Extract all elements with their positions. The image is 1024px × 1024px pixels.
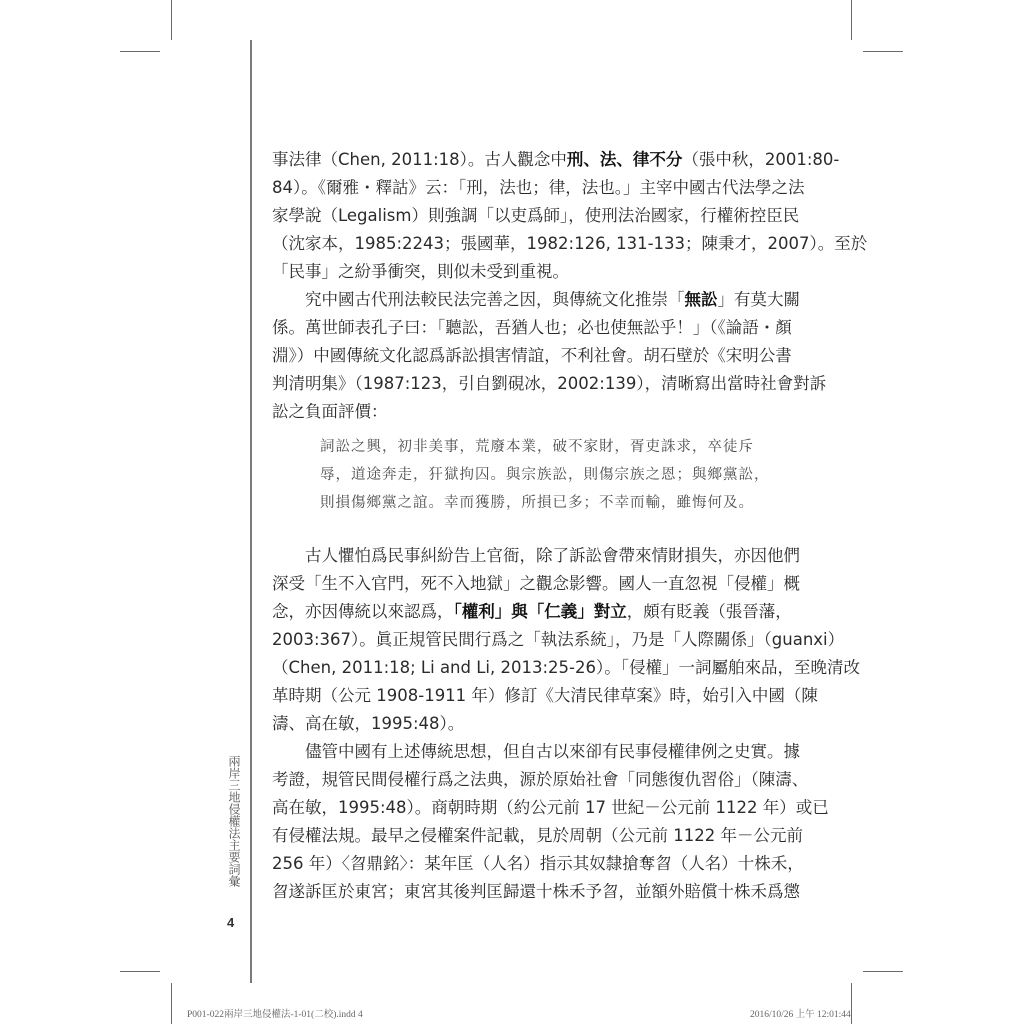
text-segment: 「民事」之紛爭衝突，則似未受到重視。 [272,262,569,281]
crop-mark-bottom-right-horizontal [863,971,903,972]
page-number: 4 [227,915,234,930]
text-line: 家學說（Legalism）則強調「以吏爲師」，使刑法治國家，行權術控臣民 [272,202,756,230]
page-spine-line [250,40,252,983]
text-line: 深受「生不入官門，死不入地獄」之觀念影響。國人一直忽視「侵權」概 [272,570,756,598]
quote-line: 則損傷鄉黨之誼。幸而獲勝，所損已多；不幸而輸，雖悔何及。 [320,489,752,517]
crop-mark-top-right-vertical [851,0,852,40]
text-segment: 濤、高在敏，1995:48）。 [272,714,464,733]
text-segment: 高在敏，1995:48）。商朝時期（約公元前 17 世紀－公元前 1122 年）… [272,798,829,817]
text-segment: 256 年）〈曶鼎銘〉：某年匡（人名）指示其奴隸搶奪曶（人名）十株禾， [272,854,804,873]
quote-line: 辱，道途奔走，犴獄拘囚。與宗族訟，則傷宗族之恩；與鄉黨訟， [320,461,752,489]
body-text-lower: 古人懼怕爲民事糾紛告上官衙，除了訴訟會帶來情財損失，亦因他們深受「生不入官門，死… [272,542,756,906]
bold-emphasis: 無訟 [685,290,718,309]
crop-mark-bottom-left-vertical [171,983,172,1024]
crop-mark-top-left-horizontal [120,51,160,52]
crop-mark-top-left-vertical [171,0,172,40]
text-segment: 係。萬世師表孔子曰：「聽訟，吾猶人也；必也使無訟乎！」（《論語・顏 [272,318,792,337]
text-line: 古人懼怕爲民事糾紛告上官衙，除了訴訟會帶來情財損失，亦因他們 [272,542,756,570]
text-line: 訟之負面評價： [272,398,756,426]
text-segment: 事法律（Chen, 2011:18）。古人觀念中 [272,150,567,169]
slug-datetime: 2016/10/26 上午 12:01:44 [750,1006,851,1020]
text-line: （沈家本，1985:2243；張國華，1982:126, 131-133；陳秉才… [272,230,756,258]
text-line: 2003:367）。眞正規管民間行爲之「執法系統」，乃是「人際關係」（guanx… [272,626,756,654]
text-segment: 訟之負面評價： [272,402,388,421]
text-segment: 古人懼怕爲民事糾紛告上官衙，除了訴訟會帶來情財損失，亦因他們 [305,546,800,565]
quote-line: 詞訟之興，初非美事，荒廢本業，破不家財，胥吏誅求，卒徒斥 [320,433,752,461]
text-segment: 」有莫大關 [718,290,801,309]
block-quote: 詞訟之興，初非美事，荒廢本業，破不家財，胥吏誅求，卒徒斥 辱，道途奔走，犴獄拘囚… [320,433,752,517]
body-text-upper: 事法律（Chen, 2011:18）。古人觀念中刑、法、律不分（張中秋，2001… [272,146,756,426]
text-line: 判清明集》（1987:123，引自劉硯冰，2002:139），清晰寫出當時社會對… [272,370,756,398]
text-line: 係。萬世師表孔子曰：「聽訟，吾猶人也；必也使無訟乎！」（《論語・顏 [272,314,756,342]
text-line: 革時期（公元 1908-1911 年）修訂《大清民律草案》時，始引入中國（陳 [272,682,756,710]
text-line: 高在敏，1995:48）。商朝時期（約公元前 17 世紀－公元前 1122 年）… [272,794,756,822]
text-segment: 曶遂訴匡於東宮；東宮其後判匡歸還十株禾予曶，並額外賠償十株禾爲懲 [272,882,800,901]
text-segment: 革時期（公元 1908-1911 年）修訂《大清民律草案》時，始引入中國（陳 [272,686,818,705]
text-segment: 有侵權法規。最早之侵權案件記載，見於周朝（公元前 1122 年－公元前 [272,826,803,845]
text-segment: 84）。《爾雅・釋詁》云：「刑，法也；律，法也。」主宰中國古代法學之法 [272,178,805,197]
slug-filename: P001-022兩岸三地侵權法-1-01(二校).indd 4 [187,1006,363,1020]
crop-mark-bottom-right-vertical [851,983,852,1024]
text-segment: ，頗有貶義（張晉藩， [627,602,792,621]
text-line: 有侵權法規。最早之侵權案件記載，見於周朝（公元前 1122 年－公元前 [272,822,756,850]
text-segment: （沈家本，1985:2243；張國華，1982:126, 131-133；陳秉才… [272,234,867,253]
bold-emphasis: 刑、法、律不分 [567,150,683,169]
text-segment: 2003:367）。眞正規管民間行爲之「執法系統」，乃是「人際關係」（guanx… [272,630,844,649]
bold-emphasis: 「權利」與「仁義」對立 [454,602,627,621]
text-line: 事法律（Chen, 2011:18）。古人觀念中刑、法、律不分（張中秋，2001… [272,146,756,174]
crop-mark-bottom-left-horizontal [120,971,160,972]
text-line: 淵》）中國傳統文化認爲訴訟損害情誼，不利社會。胡石壁於《宋明公書 [272,342,756,370]
running-title: 兩岸三地侵權法主要詞彙 [224,755,240,887]
text-segment: 淵》）中國傳統文化認爲訴訟損害情誼，不利社會。胡石壁於《宋明公書 [272,346,792,365]
text-line: 儘管中國有上述傳統思想，但自古以來卻有民事侵權律例之史實。據 [272,738,756,766]
crop-mark-top-right-horizontal [863,51,903,52]
text-segment: 判清明集》（1987:123，引自劉硯冰，2002:139），清晰寫出當時社會對… [272,374,826,393]
text-segment: 考證，規管民間侵權行爲之法典，源於原始社會「同態復仇習俗」（陳濤、 [272,770,808,789]
text-line: 84）。《爾雅・釋詁》云：「刑，法也；律，法也。」主宰中國古代法學之法 [272,174,756,202]
text-line: 究中國古代刑法較民法完善之因，與傳統文化推崇「無訟」有莫大關 [272,286,756,314]
text-segment: 儘管中國有上述傳統思想，但自古以來卻有民事侵權律例之史實。據 [305,742,800,761]
text-segment: 深受「生不入官門，死不入地獄」之觀念影響。國人一直忽視「侵權」概 [272,574,800,593]
text-segment: 念，亦因傳統以來認爲， [272,602,454,621]
text-line: 念，亦因傳統以來認爲，「權利」與「仁義」對立，頗有貶義（張晉藩， [272,598,756,626]
text-segment: 究中國古代刑法較民法完善之因，與傳統文化推崇「 [305,290,685,309]
text-line: 考證，規管民間侵權行爲之法典，源於原始社會「同態復仇習俗」（陳濤、 [272,766,756,794]
text-line: 「民事」之紛爭衝突，則似未受到重視。 [272,258,756,286]
text-segment: （張中秋，2001:80- [682,150,839,169]
text-line: 256 年）〈曶鼎銘〉：某年匡（人名）指示其奴隸搶奪曶（人名）十株禾， [272,850,756,878]
text-segment: （Chen, 2011:18; Li and Li, 2013:25-26）。「… [272,658,860,677]
text-line: 濤、高在敏，1995:48）。 [272,710,756,738]
text-line: （Chen, 2011:18; Li and Li, 2013:25-26）。「… [272,654,756,682]
text-segment: 家學說（Legalism）則強調「以吏爲師」，使刑法治國家，行權術控臣民 [272,206,799,225]
text-line: 曶遂訴匡於東宮；東宮其後判匡歸還十株禾予曶，並額外賠償十株禾爲懲 [272,878,756,906]
